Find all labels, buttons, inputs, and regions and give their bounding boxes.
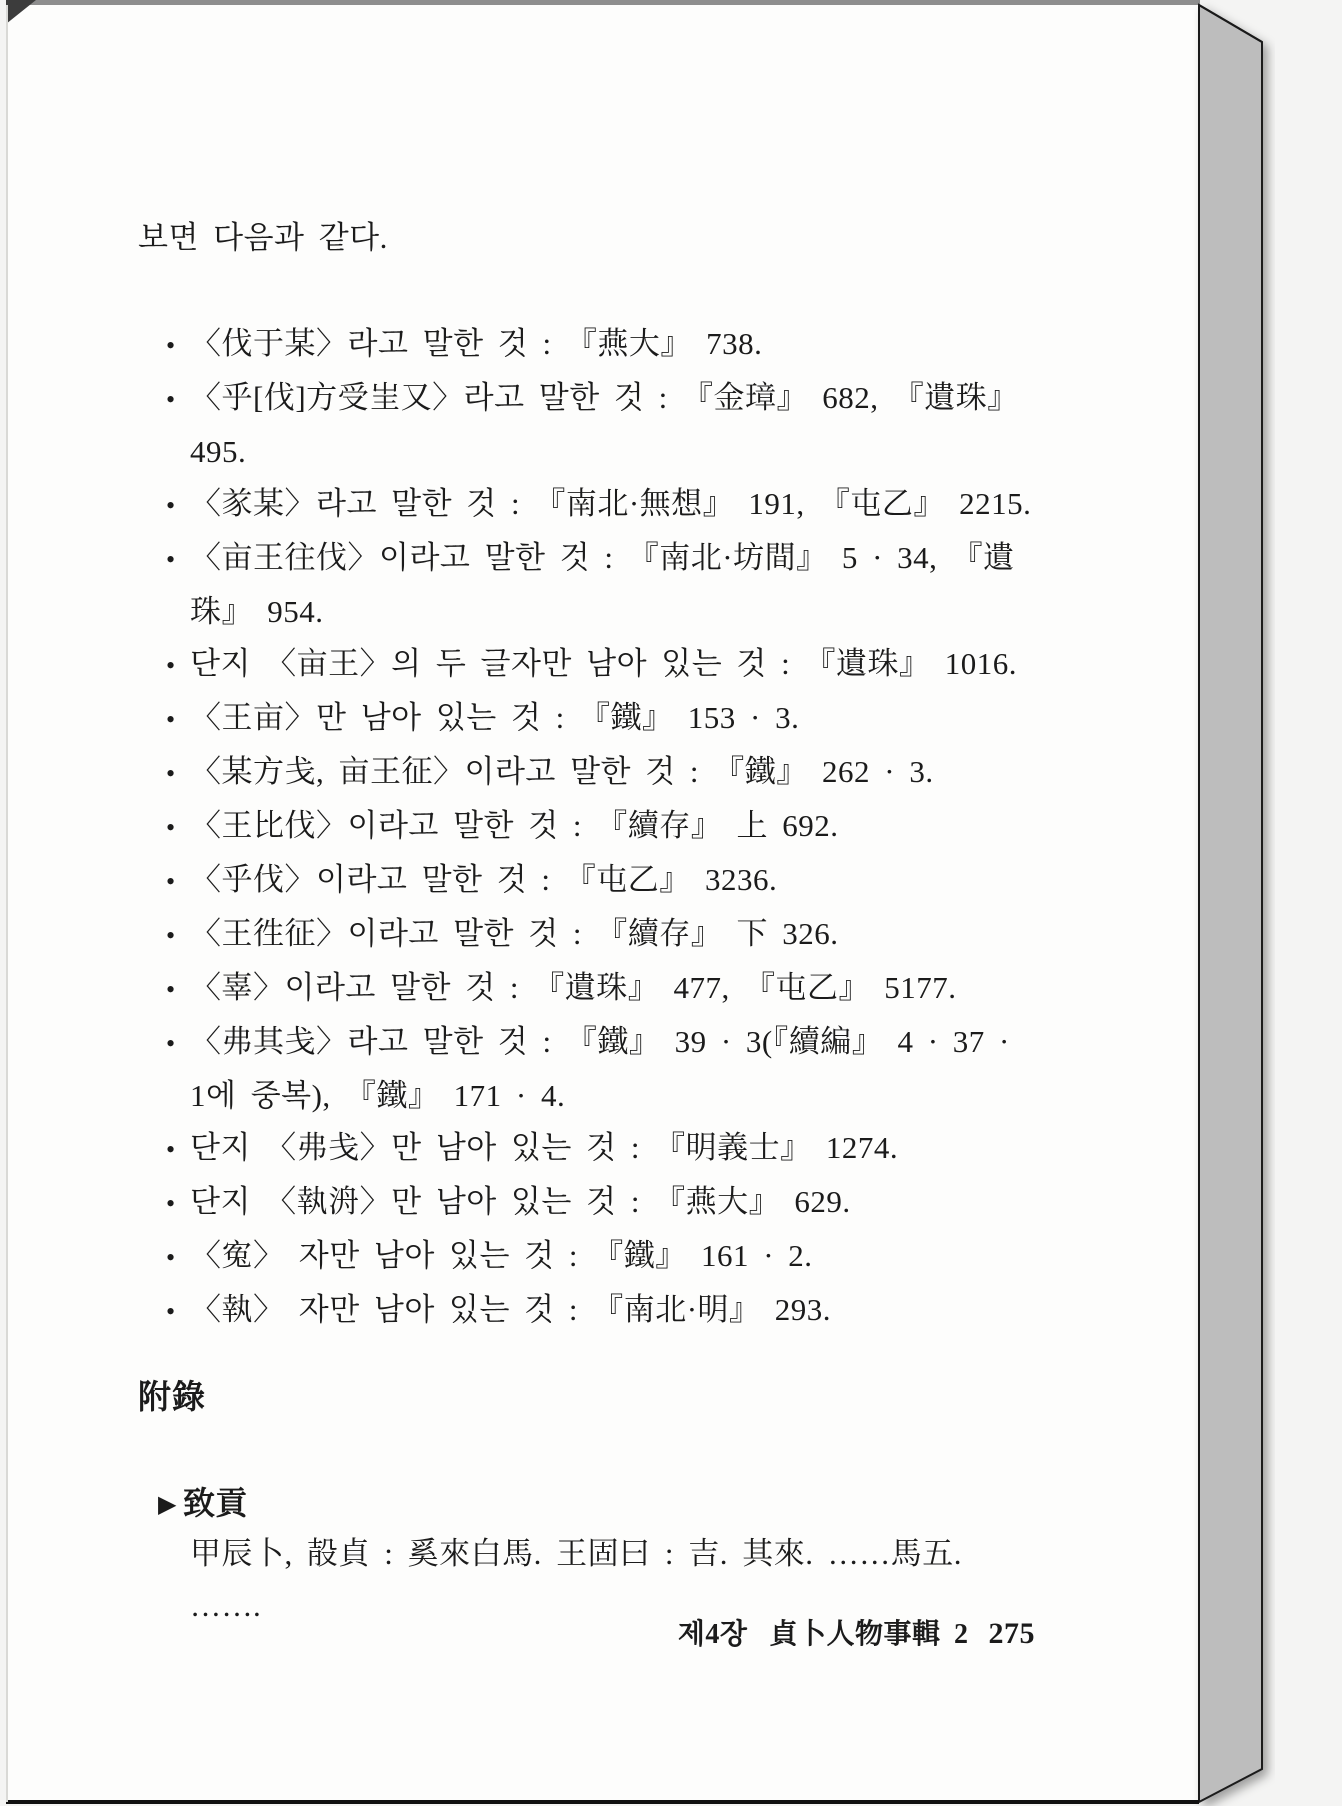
bullet-icon: • xyxy=(166,856,190,908)
bullet-icon: • xyxy=(166,802,190,854)
bullet-icon: • xyxy=(166,1178,190,1230)
list-item-text: 〈弗其戋〉라고 말한 것 : 『鐵』 39 · 3(『續編』 4 · 37 · … xyxy=(190,1024,1010,1113)
triangle-marker-icon: ▶ xyxy=(158,1492,177,1518)
footer-page-number: 275 xyxy=(989,1617,1036,1650)
bullet-icon: • xyxy=(166,534,190,586)
list-item-text: 〈㒸某〉라고 말한 것 : 『南北·無想』 191, 『屯乙』 2215. xyxy=(190,486,1031,521)
bullet-icon: • xyxy=(166,1232,190,1284)
list-item-text: 〈伐于某〉라고 말한 것 : 『燕大』 738. xyxy=(190,326,762,361)
list-item: •단지 〈弗戋〉만 남아 있는 것 : 『明義士』 1274. xyxy=(166,1122,1038,1176)
list-item: •〈乎伐〉이라고 말한 것 : 『屯乙』 3236. xyxy=(166,854,1038,908)
bullet-icon: • xyxy=(166,748,190,800)
list-item-text: 〈王亩〉만 남아 있는 것 : 『鐵』 153 · 3. xyxy=(190,700,799,735)
list-item: •〈王亩〉만 남아 있는 것 : 『鐵』 153 · 3. xyxy=(166,692,1038,746)
list-item: •〈亩王往伐〉이라고 말한 것 : 『南北·坊間』 5 · 34, 『遺珠』 9… xyxy=(166,532,1038,638)
list-item: •단지 〈執洀〉만 남아 있는 것 : 『燕大』 629. xyxy=(166,1176,1038,1230)
bullet-icon: • xyxy=(166,964,190,1016)
list-item-text: 〈乎伐〉이라고 말한 것 : 『屯乙』 3236. xyxy=(190,862,777,897)
bullet-icon: • xyxy=(166,694,190,746)
list-item: •〈王徃征〉이라고 말한 것 : 『續存』 下 326. xyxy=(166,908,1038,962)
list-item: •〈辜〉이라고 말한 것 : 『遺珠』 477, 『屯乙』 5177. xyxy=(166,962,1038,1016)
list-item-text: 〈某方戋, 亩王征〉이라고 말한 것 : 『鐵』 262 · 3. xyxy=(190,754,934,789)
list-item-text: 〈執〉 자만 남아 있는 것 : 『南北·明』 293. xyxy=(190,1292,831,1327)
appendix-heading: 附錄 xyxy=(138,1372,206,1424)
page-top-edge xyxy=(6,0,1200,5)
page-side-edge xyxy=(1199,5,1262,1802)
list-item: •〈伐于某〉라고 말한 것 : 『燕大』 738. xyxy=(166,318,1038,372)
intro-sentence: 보면 다음과 같다. xyxy=(138,212,388,264)
bullet-icon: • xyxy=(166,1124,190,1176)
bullet-icon: • xyxy=(166,374,190,426)
list-item-text: 단지 〈執洀〉만 남아 있는 것 : 『燕大』 629. xyxy=(190,1184,851,1219)
list-item-text: 단지 〈弗戋〉만 남아 있는 것 : 『明義士』 1274. xyxy=(190,1130,898,1165)
list-item: •〈㒸某〉라고 말한 것 : 『南北·無想』 191, 『屯乙』 2215. xyxy=(166,478,1038,532)
list-item-text: 〈王比伐〉이라고 말한 것 : 『續存』 上 692. xyxy=(190,808,839,843)
bullet-icon: • xyxy=(166,320,190,372)
list-item-text: 〈王徃征〉이라고 말한 것 : 『續存』 下 326. xyxy=(190,916,839,951)
list-item-text: 〈辜〉이라고 말한 것 : 『遺珠』 477, 『屯乙』 5177. xyxy=(190,970,957,1005)
list-item-text: 단지 〈亩王〉의 두 글자만 남아 있는 것 : 『遺珠』 1016. xyxy=(190,646,1017,681)
list-item: •〈乎[伐]方受㞷又〉라고 말한 것 : 『金璋』 682, 『遺珠』 495. xyxy=(166,372,1038,478)
bullet-icon: • xyxy=(166,1286,190,1338)
subsection-title: 致貢 xyxy=(183,1485,248,1521)
subsection-heading: ▶致貢 xyxy=(158,1477,248,1531)
bullet-icon: • xyxy=(166,910,190,962)
list-item: •〈王比伐〉이라고 말한 것 : 『續存』 上 692. xyxy=(166,800,1038,854)
list-item-text: 〈寃〉 자만 남아 있는 것 : 『鐵』 161 · 2. xyxy=(190,1238,813,1273)
list-item: •〈執〉 자만 남아 있는 것 : 『南北·明』 293. xyxy=(166,1284,1038,1338)
footer-book-title: 貞卜人物事輯 2 xyxy=(769,1619,968,1650)
list-item-text: 〈乎[伐]方受㞷又〉라고 말한 것 : 『金璋』 682, 『遺珠』 495. xyxy=(190,380,1019,469)
bullet-icon: • xyxy=(166,480,190,532)
bullet-icon: • xyxy=(166,640,190,692)
list-item-text: 〈亩王往伐〉이라고 말한 것 : 『南北·坊間』 5 · 34, 『遺珠』 95… xyxy=(190,540,1015,629)
list-item: •〈弗其戋〉라고 말한 것 : 『鐵』 39 · 3(『續編』 4 · 37 ·… xyxy=(166,1016,1038,1122)
list-item: •단지 〈亩王〉의 두 글자만 남아 있는 것 : 『遺珠』 1016. xyxy=(166,638,1038,692)
list-item: •〈寃〉 자만 남아 있는 것 : 『鐵』 161 · 2. xyxy=(166,1230,1038,1284)
footer-chapter: 제4장 xyxy=(678,1619,748,1650)
bullet-icon: • xyxy=(166,1018,190,1070)
list-item: •〈某方戋, 亩王征〉이라고 말한 것 : 『鐵』 262 · 3. xyxy=(166,746,1038,800)
citation-list: •〈伐于某〉라고 말한 것 : 『燕大』 738.•〈乎[伐]方受㞷又〉라고 말… xyxy=(166,318,1038,1338)
page-footer: 제4장貞卜人物事輯 2275 xyxy=(138,1608,1035,1661)
